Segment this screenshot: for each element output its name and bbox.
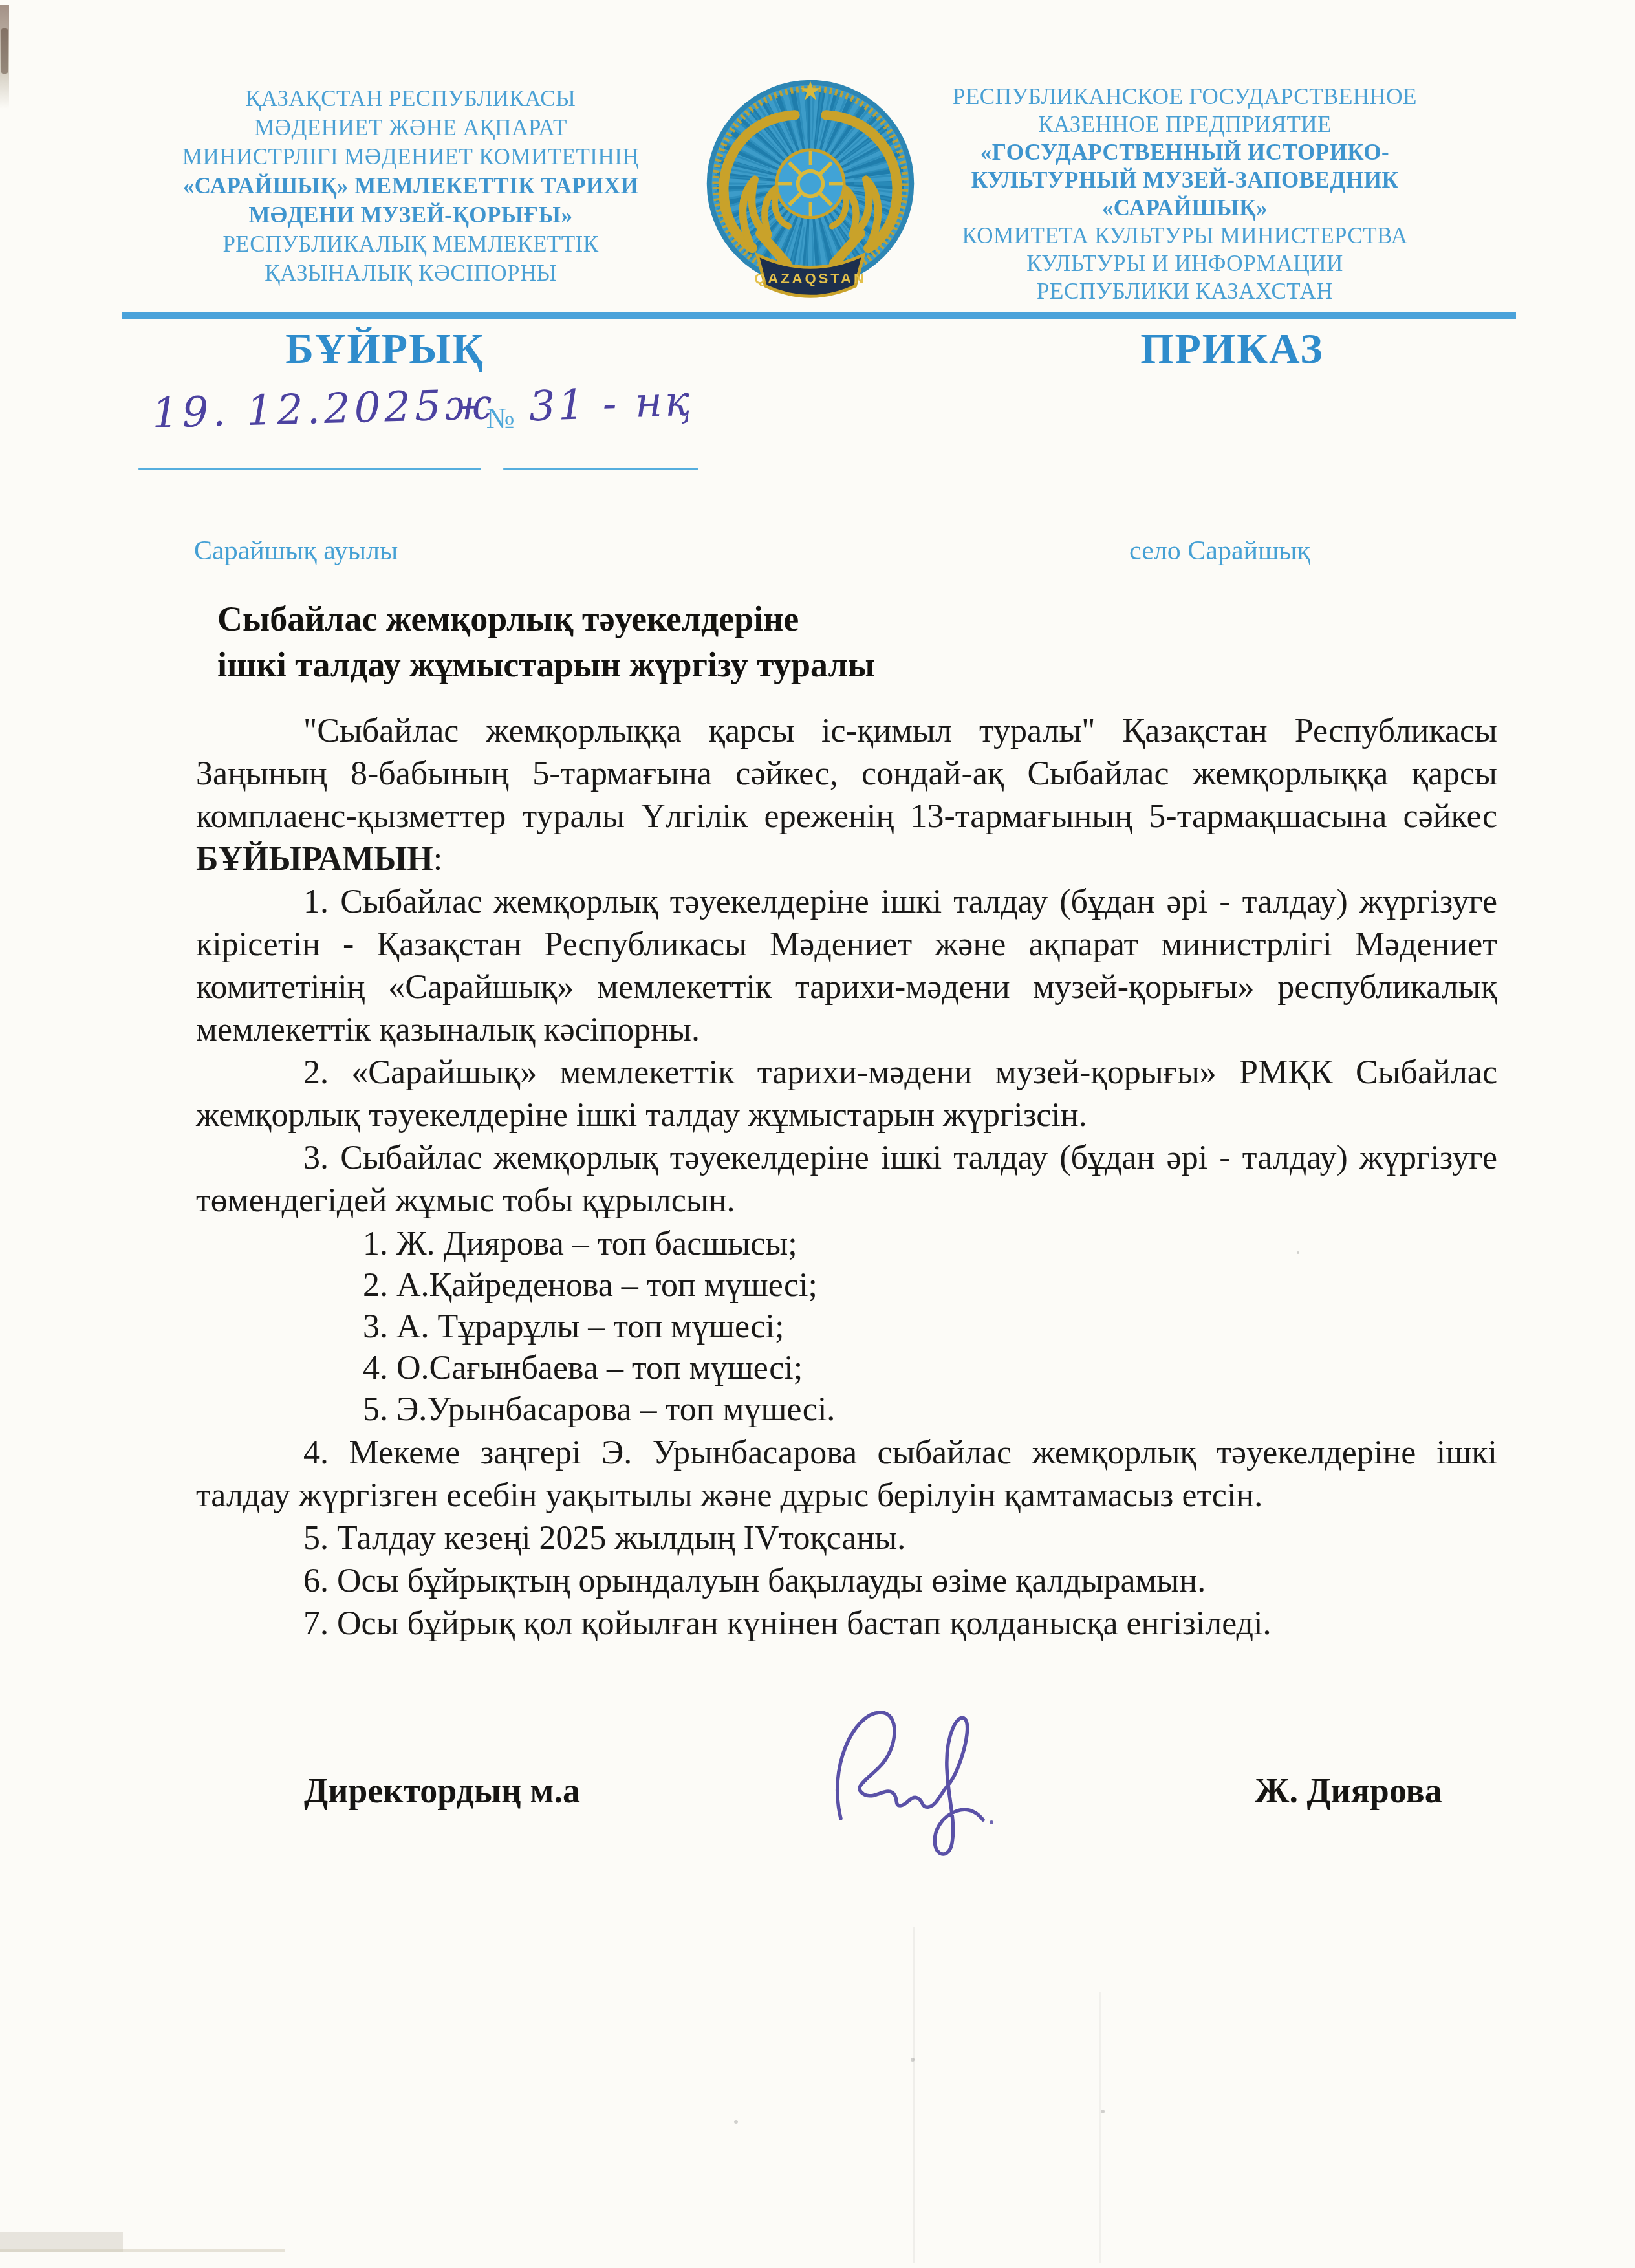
scan-artifact-band	[0, 2232, 123, 2252]
subject-line-1: Сыбайлас жемқорлық тәуекелдеріне	[217, 596, 875, 642]
place-russian: село Сарайшық	[1129, 535, 1310, 567]
preamble-colon: :	[433, 841, 442, 878]
letterhead-line: КОМИТЕТА КУЛЬТУРЫ МИНИСТЕРСТВА	[874, 222, 1495, 250]
group-member-5: 5. Э.Урынбасарова – топ мүшесі.	[363, 1389, 1497, 1431]
letterhead-line: РЕСПУБЛИКИ КАЗАХСТАН	[874, 277, 1495, 305]
letterhead-kazakh: ҚАЗАҚСТАН РЕСПУБЛИКАСЫ МӘДЕНИЕТ ЖӘНЕ АҚП…	[149, 84, 673, 288]
preamble-text: "Сыбайлас жемқорлыққа қарсы іс-қимыл тур…	[196, 713, 1497, 835]
subject-line-2: ішкі талдау жұмыстарын жүргізу туралы	[217, 642, 875, 688]
order-point-2: 2. «Сарайшық» мемлекеттік тарихи-мәдени …	[196, 1052, 1497, 1137]
kazakhstan-coat-of-arms-icon: QAZAQSTAN	[697, 76, 924, 310]
scan-artifact-smudge	[0, 5, 9, 109]
letterhead-line: РЕСПУБЛИКАНСКОЕ ГОСУДАРСТВЕННОЕ	[874, 83, 1495, 111]
letterhead-line: МӘДЕНИЕТ ЖӘНЕ АҚПАРАТ	[149, 113, 673, 142]
letterhead-line: ҚАЗАҚСТАН РЕСПУБЛИКАСЫ	[149, 84, 673, 113]
scan-artifact-line	[1099, 1992, 1101, 2263]
letterhead-line: РЕСПУБЛИКАЛЫҚ МЕМЛЕКЕТТІК	[149, 230, 673, 259]
scan-speck	[911, 2058, 915, 2062]
group-member-4: 4. О.Сағынбаева – топ мүшесі;	[363, 1348, 1497, 1389]
group-member-3: 3. А. Тұрарұлы – топ мүшесі;	[363, 1306, 1497, 1348]
letterhead-russian: РЕСПУБЛИКАНСКОЕ ГОСУДАРСТВЕННОЕ КАЗЕННОЕ…	[874, 83, 1495, 305]
number-sign: №	[486, 401, 515, 435]
working-group-list: 1. Ж. Диярова – топ басшысы; 2. А.Қайред…	[363, 1224, 1497, 1431]
letterhead-line: «ГОСУДАРСТВЕННЫЙ ИСТОРИКО-	[874, 138, 1495, 166]
handwritten-order-number: 31 - нқ	[528, 378, 693, 431]
scanned-order-document: ҚАЗАҚСТАН РЕСПУБЛИКАСЫ МӘДЕНИЕТ ЖӘНЕ АҚП…	[0, 0, 1635, 2268]
letterhead-line: МӘДЕНИ МУЗЕЙ-ҚОРЫҒЫ»	[149, 200, 673, 230]
letterhead-line: «САРАЙШЫҚ»	[874, 194, 1495, 222]
signatory-name: Ж. Диярова	[1255, 1771, 1442, 1811]
letterhead-line: МИНИСТРЛІГІ МӘДЕНИЕТ КОМИТЕТІНІҢ	[149, 142, 673, 171]
emblem-banner-text: QAZAQSTAN	[754, 270, 867, 286]
date-underline	[138, 468, 481, 470]
signatory-position: Директордың м.а	[304, 1771, 580, 1811]
number-underline	[503, 468, 698, 470]
letterhead-line: КУЛЬТУРЫ И ИНФОРМАЦИИ	[874, 250, 1495, 277]
letterhead-line: КАЗЕННОЕ ПРЕДПРИЯТИЕ	[874, 111, 1495, 138]
resolve-word: БҰЙЫРАМЫН	[196, 841, 433, 878]
header-divider-rule	[122, 312, 1516, 319]
place-kazakh: Сарайшық ауылы	[194, 535, 398, 567]
letterhead-line: ҚАЗЫНАЛЫҚ КӘСІПОРНЫ	[149, 259, 673, 288]
order-subject: Сыбайлас жемқорлық тәуекелдеріне ішкі та…	[217, 596, 875, 688]
scan-artifact-smudge	[1, 28, 8, 74]
order-point-1: 1. Сыбайлас жемқорлық тәуекелдеріне ішкі…	[196, 881, 1497, 1052]
letterhead-line: «САРАЙШЫҚ» МЕМЛЕКЕТТІК ТАРИХИ	[149, 171, 673, 200]
scan-speck	[1101, 2110, 1105, 2113]
scan-artifact-line	[913, 1927, 915, 2263]
order-word-russian: ПРИКАЗ	[1083, 325, 1381, 374]
order-point-5: 5. Талдау кезеңі 2025 жылдың IVтоқсаны.	[196, 1517, 1497, 1560]
group-member-1: 1. Ж. Диярова – топ басшысы;	[363, 1224, 1497, 1265]
order-point-7: 7. Осы бұйрық қол қойылған күнінен баста…	[196, 1603, 1497, 1645]
order-point-4: 4. Мекеме заңгері Э. Урынбасарова сыбайл…	[196, 1432, 1497, 1517]
handwritten-signature	[802, 1689, 1022, 1865]
scan-artifact-band	[0, 2249, 285, 2252]
order-word-kazakh: БҰЙРЫҚ	[243, 325, 527, 374]
order-body: "Сыбайлас жемқорлыққа қарсы іс-қимыл тур…	[196, 710, 1497, 1645]
scan-speck	[734, 2120, 738, 2124]
handwritten-date: 19. 12.2025ж	[151, 381, 496, 438]
order-point-3: 3. Сыбайлас жемқорлық тәуекелдеріне ішкі…	[196, 1137, 1497, 1222]
group-member-2: 2. А.Қайреденова – топ мүшесі;	[363, 1265, 1497, 1306]
letterhead-line: КУЛЬТУРНЫЙ МУЗЕЙ-ЗАПОВЕДНИК	[874, 166, 1495, 194]
preamble-paragraph: "Сыбайлас жемқорлыққа қарсы іс-қимыл тур…	[196, 710, 1497, 881]
order-point-6: 6. Осы бұйрықтың орындалуын бақылауды өз…	[196, 1560, 1497, 1603]
